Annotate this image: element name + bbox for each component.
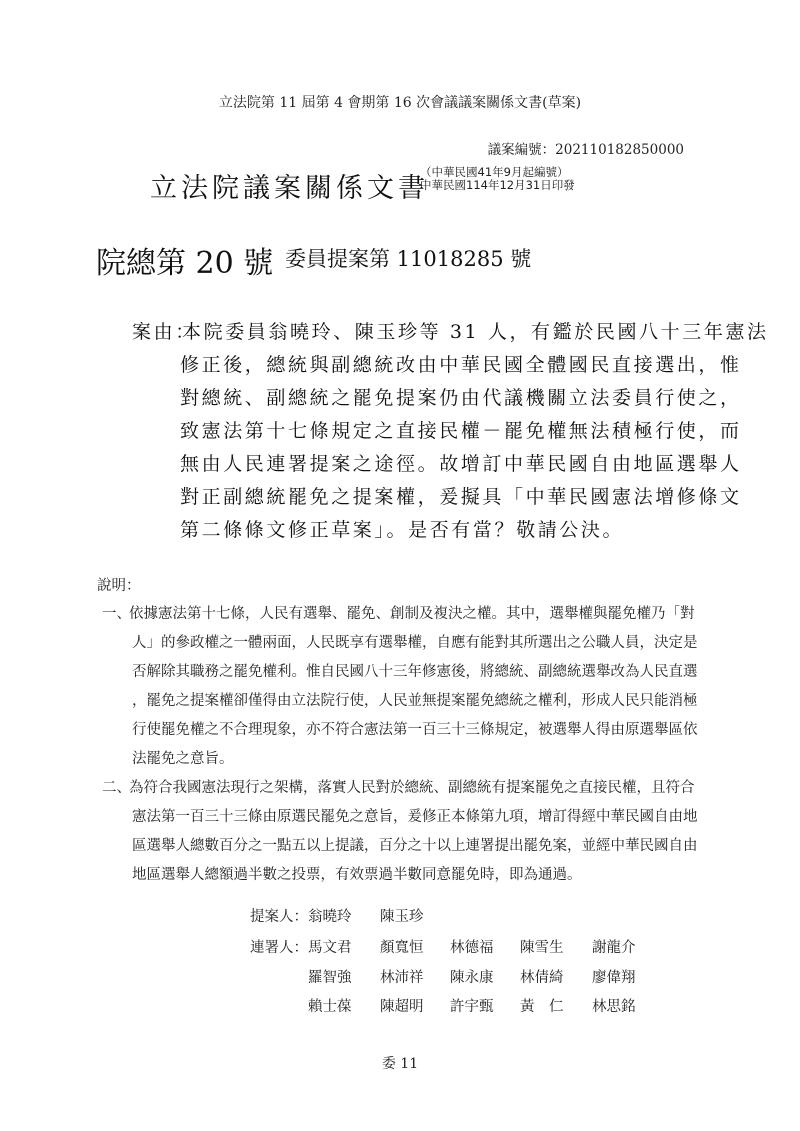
explanation-line: 地區選舉人總額過半數之投票，有效票過半數同意罷免時，即為通過。 — [132, 861, 582, 890]
cosigner-name: 林倩綺 — [520, 966, 564, 987]
explanation-line: 為符合我國憲法現行之架構，落實人民對於總統、副總統有提案罷免之直接民權，且符合 — [129, 774, 695, 803]
explanation-label: 說明： — [97, 574, 141, 595]
print-date: 中華民國114年12月31日印發 — [420, 179, 575, 192]
document-title: 立法院議案關係文書 — [150, 166, 429, 205]
document-meta: （中華民國41年9月起編號） 中華民國114年12月31日印發 — [420, 166, 575, 192]
cosigner-name: 黃 仁 — [520, 995, 564, 1016]
reason-line: 第二條條文修正草案」。是否有當？敬請公決。 — [180, 514, 624, 547]
cosigner-name: 陳永康 — [450, 966, 494, 987]
item-number: 一、 — [102, 600, 131, 629]
cosigner-name: 顏寬恒 — [380, 936, 424, 957]
reason-line: 無由人民連署提案之途徑。故增訂中華民國自由地區選舉人 — [180, 448, 742, 481]
bill-number: 議案編號：202110182850000 — [488, 138, 684, 158]
cosigner-name: 陳超明 — [380, 995, 424, 1016]
cosigner-name: 謝龍介 — [592, 936, 636, 957]
item-number: 二、 — [102, 774, 131, 803]
explanation-line: 憲法第一百三十三條由原選民罷免之意旨，爰修正本條第九項，增訂得經中華民國自由地 — [132, 803, 698, 832]
cosigner-name: 廖偉翔 — [592, 966, 636, 987]
reason-line: 對總統、副總統之罷免提案仍由代議機關立法委員行使之， — [180, 382, 742, 415]
explanation-line: 人」的參政權之一體兩面，人民既享有選舉權，自應有能對其所選出之公職人員，決定是 — [132, 629, 698, 658]
cosigner-name: 許宇甄 — [450, 995, 494, 1016]
cosigner-name: 羅智強 — [308, 966, 352, 987]
proposers-label: 提案人： — [250, 905, 308, 926]
explanation-line: 行使罷免權之不合理現象，亦不符合憲法第一百三十三條規定，被選舉人得由原選舉區依 — [132, 716, 698, 745]
cosigner-name: 林德福 — [450, 936, 494, 957]
page-number: 委 11 — [0, 1053, 800, 1073]
cosigner-name: 陳雪生 — [520, 936, 564, 957]
cosigners-label: 連署人： — [250, 936, 308, 957]
explanation-line: ，罷免之提案權卻僅得由立法院行使，人民並無提案罷免總統之權利，形成人民只能消極 — [132, 687, 698, 716]
explanation-line: 依據憲法第十七條，人民有選舉、罷免、創制及複決之權。其中，選舉權與罷免權乃「對 — [129, 600, 695, 629]
proposer-name: 陳玉珍 — [380, 905, 424, 926]
cosigner-name: 林思銘 — [592, 995, 636, 1016]
cosigner-name: 賴士葆 — [308, 995, 352, 1016]
explanation-line: 否解除其職務之罷免權利。惟自民國八十三年修憲後，將總統、副總統選舉改為人民直選 — [132, 658, 698, 687]
session-header: 立法院第 11 屆第 4 會期第 16 次會議議案關係文書(草案) — [0, 92, 800, 112]
proposal-number: 委員提案第 11018285 號 — [285, 243, 531, 273]
proposer-name: 翁曉玲 — [308, 905, 352, 926]
reason-line: 致憲法第十七條規定之直接民權－罷免權無法積極行使，而 — [180, 415, 742, 448]
reason-line: 本院委員翁曉玲、陳玉珍等 31 人，有鑑於民國八十三年憲法 — [182, 316, 769, 349]
explanation-line: 法罷免之意旨。 — [132, 745, 234, 774]
general-number: 院總第 20 號 — [96, 238, 273, 282]
reason-line: 對正副總統罷免之提案權，爰擬具「中華民國憲法增修條文 — [180, 481, 742, 514]
explanation-line: 區選舉人總數百分之一點五以上提議，百分之十以上連署提出罷免案，並經中華民國自由 — [132, 832, 698, 861]
cosigner-name: 林沛祥 — [380, 966, 424, 987]
cosigner-name: 馬文君 — [308, 936, 352, 957]
reason-line: 修正後，總統與副總統改由中華民國全體國民直接選出，惟 — [180, 349, 742, 382]
